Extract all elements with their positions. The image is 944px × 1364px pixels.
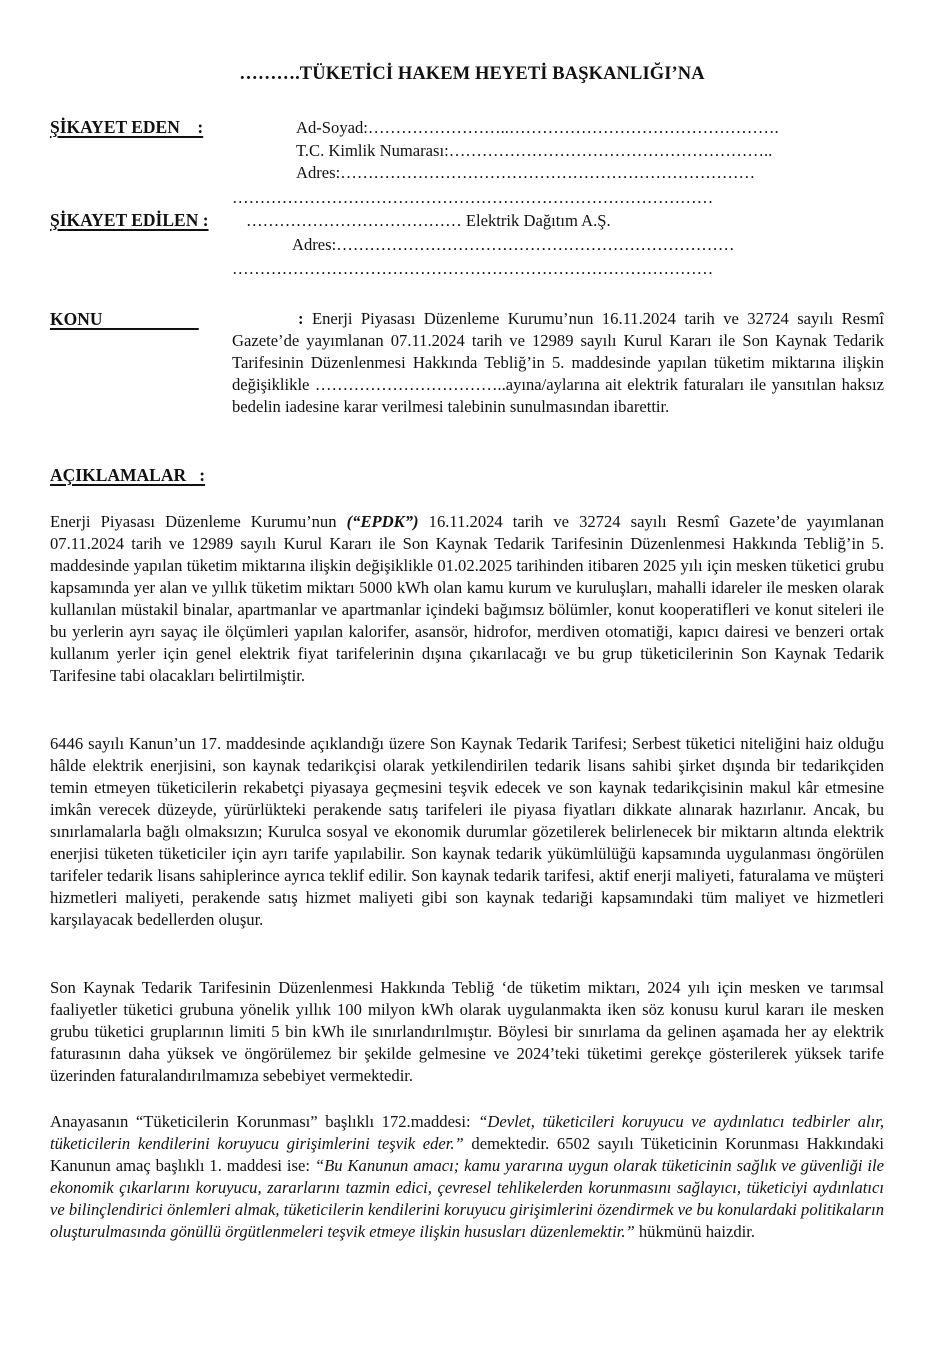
epdk-abbreviation: (“EPDK”) bbox=[347, 512, 419, 531]
subject-text-block: : Enerji Piyasası Düzenleme Kurumu’nun 1… bbox=[232, 308, 884, 418]
respondent-label: ŞİKAYET EDİLEN : bbox=[50, 209, 209, 231]
document-title: ……….TÜKETİCİ HAKEM HEYETİ BAŞKANLIĞI’NA bbox=[0, 63, 944, 85]
complainant-address-line: Adres:………………………………………………………………… bbox=[296, 162, 896, 184]
explanation-paragraph-1: Enerji Piyasası Düzenleme Kurumu’nun (“E… bbox=[50, 511, 884, 687]
complainant-name-line: Ad-Soyad:……………………..…………………………………………. bbox=[296, 117, 896, 139]
explanation-paragraph-3: Son Kaynak Tedarik Tarifesinin Düzenlenm… bbox=[50, 977, 884, 1087]
complainant-id-line: T.C. Kimlik Numarası:…………………………………………………… bbox=[296, 140, 896, 162]
respondent-address-continuation: …………………………………………………………………………… bbox=[232, 258, 892, 280]
petition-page: ……….TÜKETİCİ HAKEM HEYETİ BAŞKANLIĞI’NA … bbox=[0, 0, 944, 1364]
explanations-label: AÇIKLAMALAR : bbox=[50, 464, 205, 486]
explanation-paragraph-2: 6446 sayılı Kanun’un 17. maddesinde açık… bbox=[50, 733, 884, 931]
paragraph-1-text-a: Enerji Piyasası Düzenleme Kurumu’nun bbox=[50, 512, 347, 531]
complainant-label: ŞİKAYET EDEN : bbox=[50, 116, 203, 138]
subject-text: Enerji Piyasası Düzenleme Kurumu’nun 16.… bbox=[232, 309, 884, 416]
explanation-paragraph-4: Anayasanın “Tüketicilerin Korunması” baş… bbox=[50, 1111, 884, 1243]
paragraph-4-text-c: hükmünü haizdir. bbox=[635, 1222, 755, 1241]
paragraph-4-text-a: Anayasanın “Tüketicilerin Korunması” baş… bbox=[50, 1112, 478, 1131]
respondent-address-line: Adres:……………………………………………………………… bbox=[292, 234, 892, 256]
complainant-address-continuation: …………………………………………………………………………… bbox=[232, 187, 892, 209]
subject-label: KONU bbox=[50, 308, 199, 330]
paragraph-1-text-b: 16.11.2024 tarih ve 32724 sayılı Resmî G… bbox=[50, 512, 884, 685]
respondent-company-line: ………………………………… Elektrik Dağıtım A.Ş. bbox=[246, 210, 886, 232]
